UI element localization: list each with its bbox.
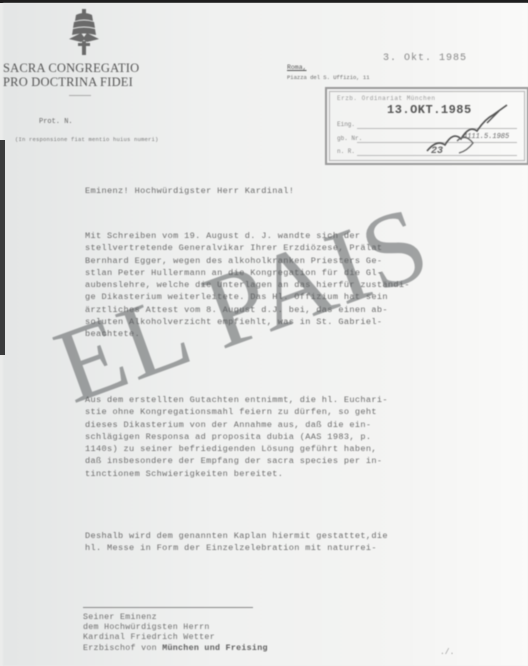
stamp-label-eing: Eing. [337,121,355,128]
recipient-address: Seiner Eminenzdem Hochwürdigsten HerrnKa… [83,613,268,654]
protocol-number-label: Prot. N. [39,118,73,126]
paragraph-1: Mit Schreiben vom 19. August d. J. wandt… [85,230,475,341]
papal-crest-icon [65,9,103,59]
letter-line: soluten Alkoholverzicht empfiehlt, was i… [85,316,475,328]
salutation: Eminenz! Hochwürdigster Herr Kardinal! [85,185,475,197]
letterhead-line-1: SACRA CONGREGATIO [3,61,139,76]
protocol-note: (In responsione fiat mentio huius numeri… [15,136,159,143]
left-shadow-strip [0,140,5,355]
letter-line: 1140s) zu seiner befriedigenden Lösung g… [85,443,475,455]
recipient-divider [83,607,253,608]
place-address: Piazza del S. Uffizio, 11 [287,74,370,81]
paragraph-3: Deshalb wird dem genannten Kaplan hiermi… [85,530,475,555]
letter-line: schlägigen Responsa ad proposita dubia (… [85,431,475,443]
letterhead-line-2: PRO DOCTRINA FIDEI [3,75,133,90]
letter-line: stellvertretende Generalvikar Ihrer Erzd… [85,242,475,254]
letter-line: beachtete. [85,328,475,340]
received-stamp: Erzb. Ordinariat München 13.OKT.1985 Ein… [325,87,528,165]
paragraph-2: Aus dem erstellten Gutachten entnimmt, d… [85,394,475,480]
recipient-line: dem Hochwürdigsten Herrn [83,623,268,633]
letter-line: dieses Dikasterium von der Annahme aus, … [85,419,475,431]
letter-line: Mit Schreiben vom 19. August d. J. wandt… [85,230,475,242]
letter-line: Aus dem erstellten Gutachten entnimmt, d… [85,394,475,406]
letter-page: SACRA CONGREGATIO PRO DOCTRINA FIDEI Pro… [3,3,528,666]
letter-line: ärztliches Attest vom 8. August d.J. bei… [85,304,475,316]
letter-line: daß insbesondere der Empfang der sacra s… [85,455,475,467]
letter-line: stlan Peter Hullermann an die Kongregati… [85,267,475,279]
page-continuation-mark: ./. [440,648,454,657]
letter-date: 3. Okt. 1985 [383,53,467,64]
letter-line: tinctionem Schwierigkeiten bereitet. [85,468,475,480]
stamp-label-gb: gb. Nr. [337,135,362,142]
stamp-label-nr: n. R. [337,148,355,155]
letter-line: ge Dikasterium weiterleitete. Das Hl. Of… [85,291,475,303]
handwritten-signature-icon [417,101,517,159]
place-label: Roma, [287,64,307,71]
letter-line: Bernhard Egger, wegen des alkoholkranken… [85,255,475,267]
letter-line: stie ohne Kongregationsmahl feiern zu dü… [85,406,475,418]
recipient-line: Erzbischof von München und Freising [83,644,268,654]
recipient-line: Seiner Eminenz [83,613,268,623]
letter-line: hl. Messe in Form der Einzelzelebration … [85,542,475,554]
recipient-line: Kardinal Friedrich Wetter [83,633,268,643]
letter-line: Deshalb wird dem genannten Kaplan hiermi… [85,530,475,542]
letter-line: aubenslehre, welche die Unterlagen an da… [85,279,475,291]
letterhead-divider [69,95,91,96]
